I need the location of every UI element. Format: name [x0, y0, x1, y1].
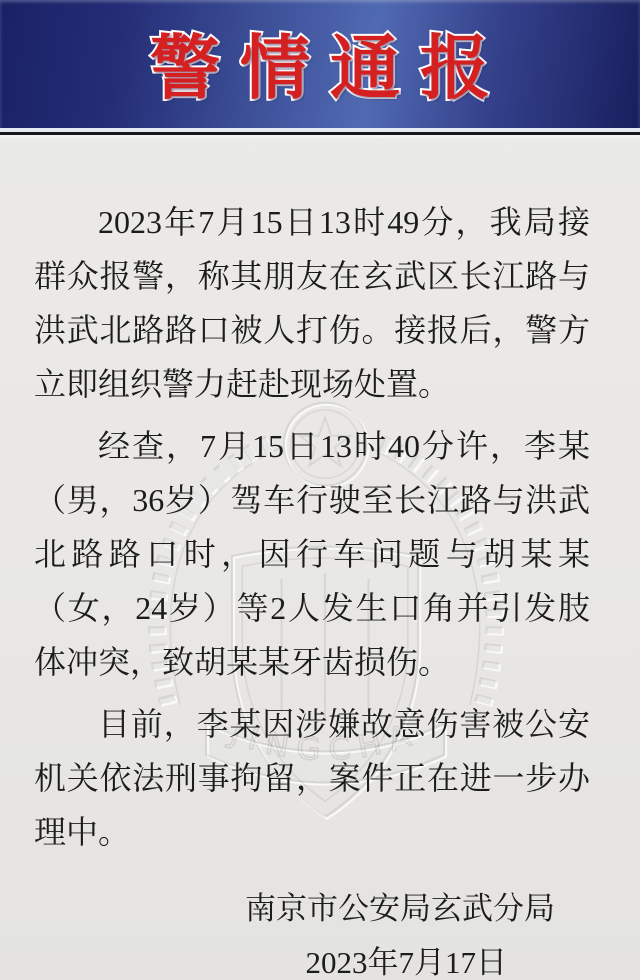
notice-paragraph-1: 2023年7月15日13时49分，我局接群众报警，称其朋友在玄武区长江路与洪武北…	[34, 195, 590, 411]
header-banner: 警情通报	[0, 0, 640, 128]
notice-paragraph-3: 目前，李某因涉嫌故意伤害被公安机关依法刑事拘留，案件正在进一步办理中。	[34, 697, 590, 859]
police-notice-page: 警情通报	[0, 0, 640, 980]
page-title: 警情通报	[150, 25, 510, 103]
notice-body: 2023年7月15日13时49分，我局接群众报警，称其朋友在玄武区长江路与洪武北…	[0, 138, 640, 980]
signature-date: 2023年7月17日	[34, 939, 555, 980]
notice-paragraph-2: 经查，7月15日13时40分许，李某（男，36岁）驾车行驶至长江路与洪武北路路口…	[34, 419, 590, 689]
signature-block: 南京市公安局玄武分局 2023年7月17日	[34, 885, 590, 980]
signature-agency: 南京市公安局玄武分局	[34, 885, 555, 933]
